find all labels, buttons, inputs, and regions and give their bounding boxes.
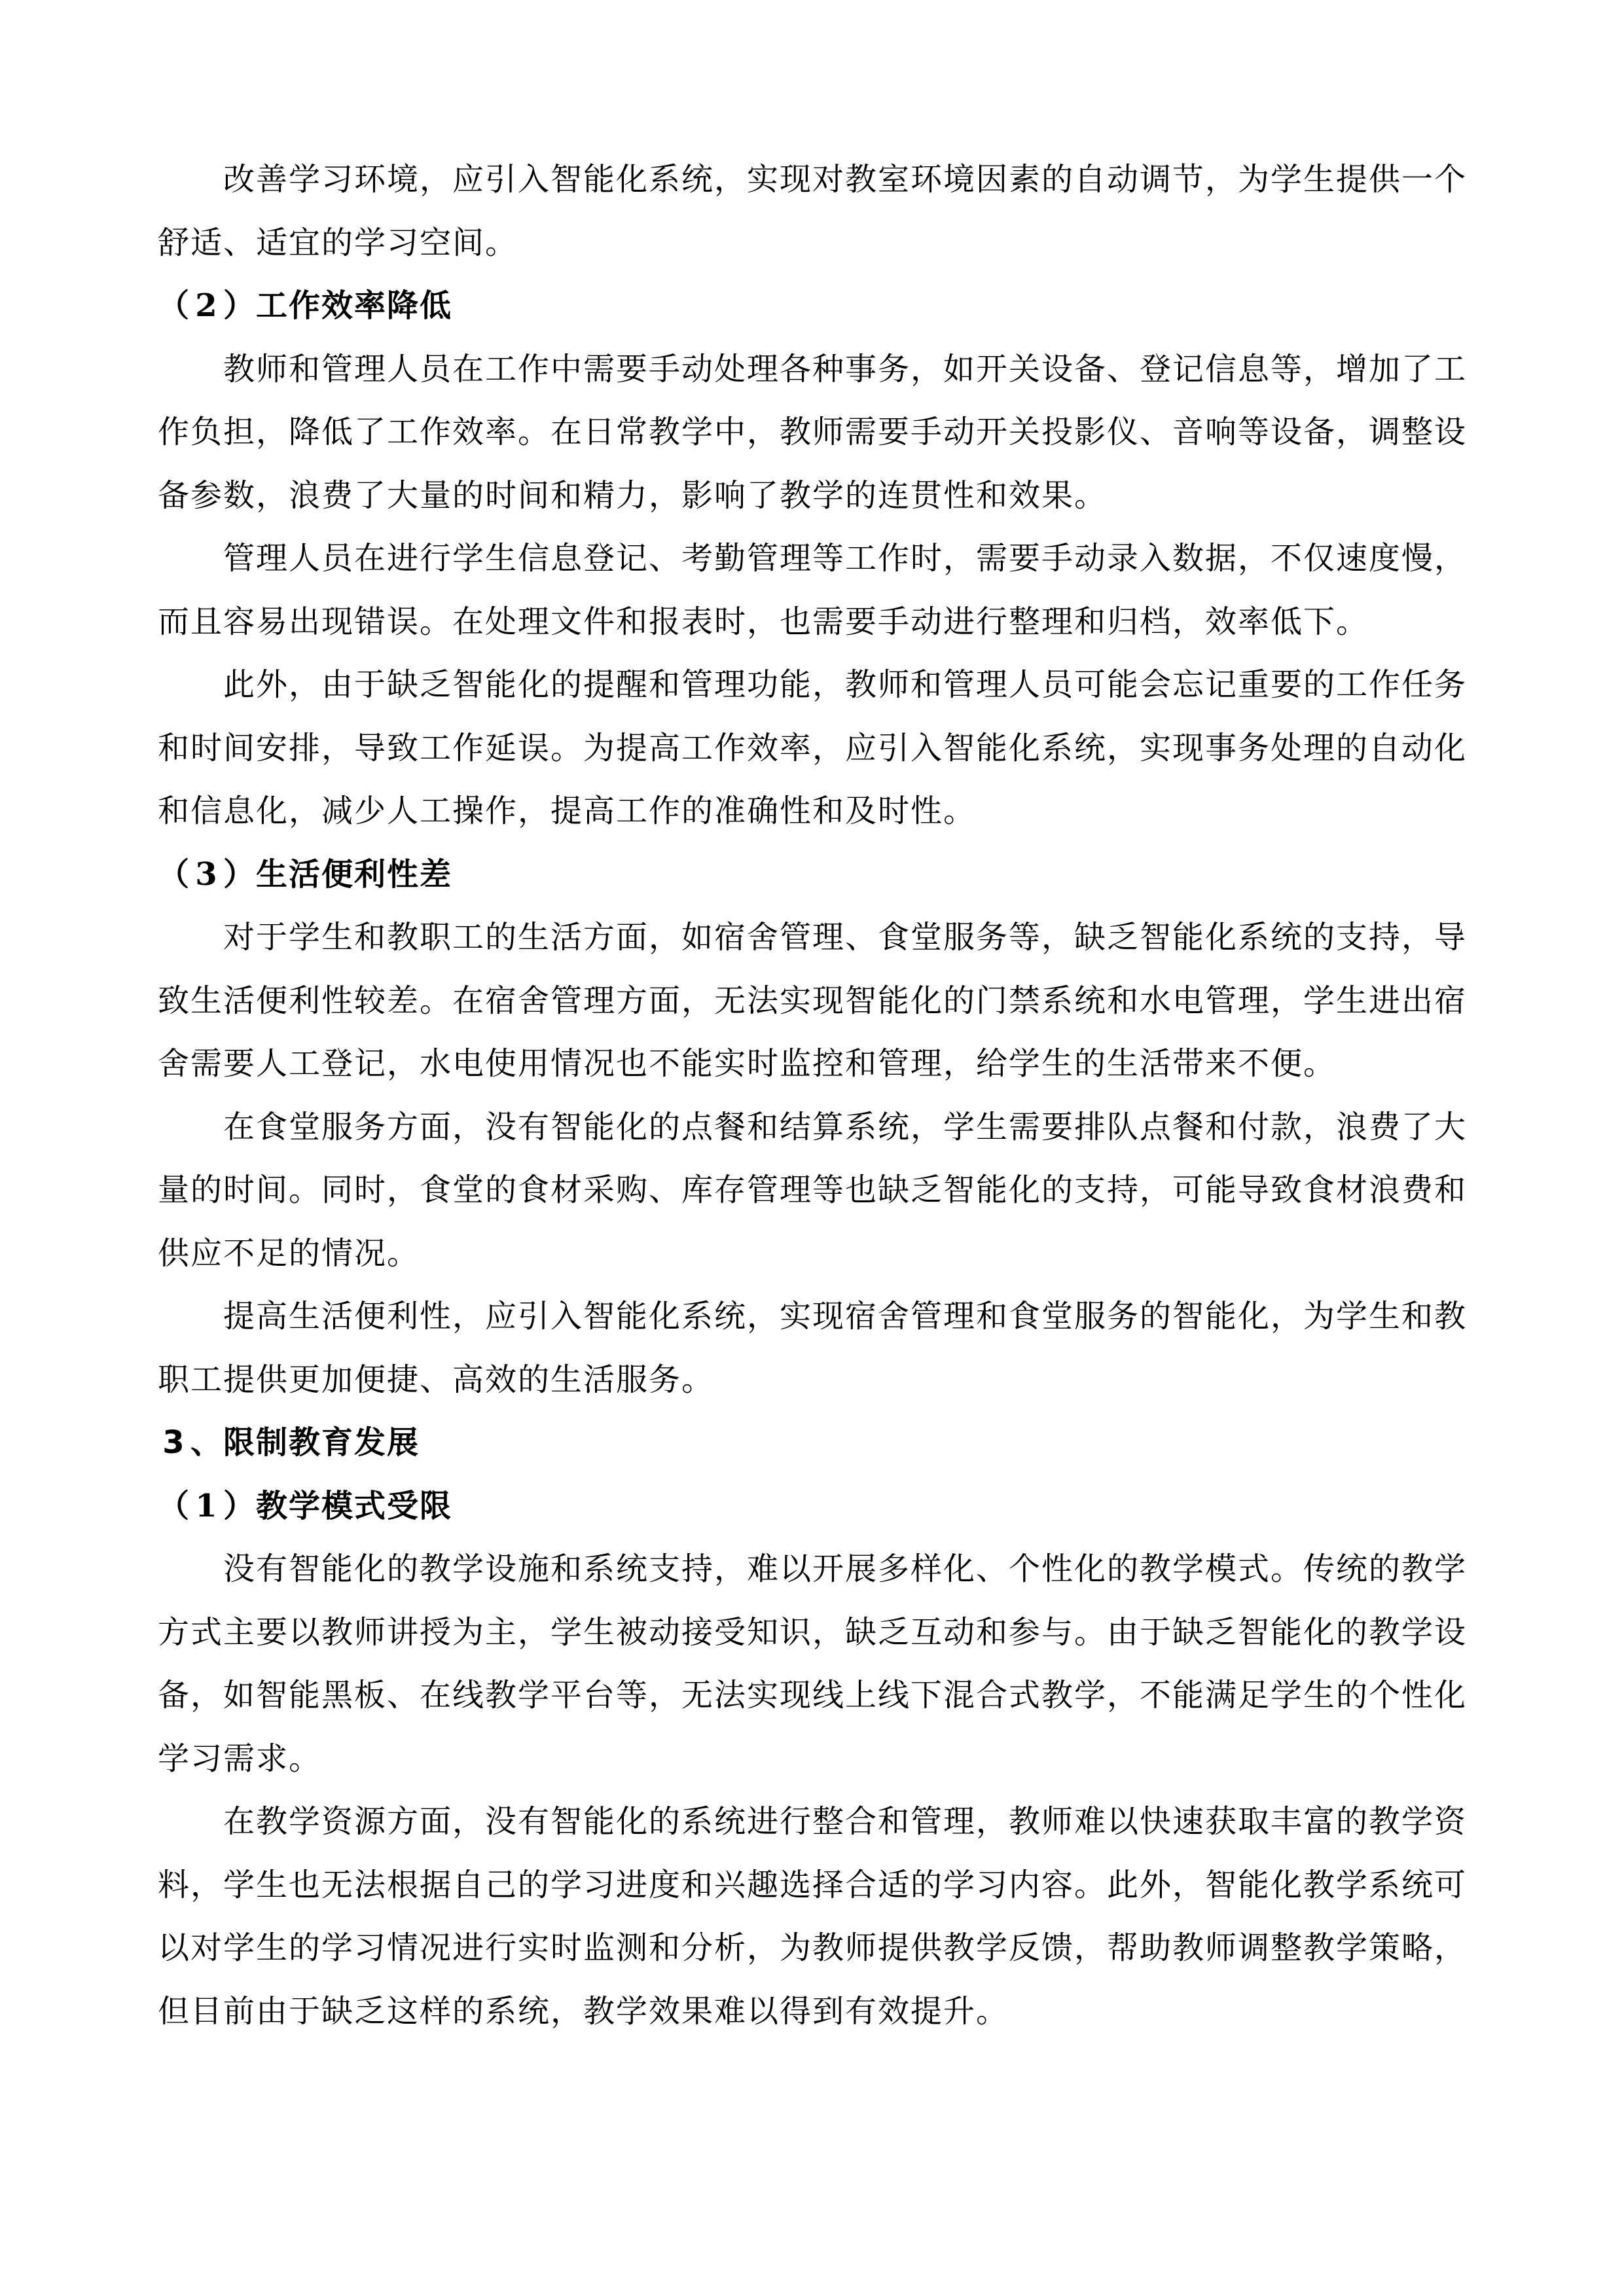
paragraph-line: 作负担，降低了工作效率。在日常教学中，教师需要手动开关投影仪、音响等设备，调整设 — [157, 408, 1466, 472]
paragraph-line: 致生活便利性较差。在宿舍管理方面，无法实现智能化的门禁系统和水电管理，学生进出宿 — [157, 977, 1466, 1041]
subheading-work-efficiency: （2）工作效率降低 — [157, 282, 1466, 346]
paragraph-manual-tasks: 教师和管理人员在工作中需要手动处理各种事务，如开关设备、登记信息等，增加了工 作… — [157, 346, 1466, 535]
paragraph-line: 方式主要以教师讲授为主，学生被动接受知识，缺乏互动和参与。由于缺乏智能化的教学设 — [157, 1609, 1466, 1672]
paragraph-admin-data-entry: 管理人员在进行学生信息登记、考勤管理等工作时，需要手动录入数据，不仅速度慢， 而… — [157, 535, 1466, 661]
paragraph-line: 量的时间。同时，食堂的食材采购、库存管理等也缺乏智能化的支持，可能导致食材浪费和 — [157, 1166, 1466, 1230]
paragraph-line: 管理人员在进行学生信息登记、考勤管理等工作时，需要手动录入数据，不仅速度慢， — [157, 535, 1466, 598]
paragraph-dormitory: 对于学生和教职工的生活方面，如宿舍管理、食堂服务等，缺乏智能化系统的支持，导 致… — [157, 914, 1466, 1103]
paragraph-canteen: 在食堂服务方面，没有智能化的点餐和结算系统，学生需要排队点餐和付款，浪费了大 量… — [157, 1103, 1466, 1293]
paragraph-line: 职工提供更加便捷、高效的生活服务。 — [157, 1356, 1466, 1420]
subheading-life-convenience: （3）生活便利性差 — [157, 851, 1466, 914]
paragraph-line: 备，如智能黑板、在线教学平台等，无法实现线上线下混合式教学，不能满足学生的个性化 — [157, 1672, 1466, 1735]
document-page: 改善学习环境，应引入智能化系统，实现对教室环境因素的自动调节，为学生提供一个 舒… — [157, 156, 1466, 2051]
paragraph-line: 和时间安排，导致工作延误。为提高工作效率，应引入智能化系统，实现事务处理的自动化 — [157, 725, 1466, 788]
paragraph-teaching-facilities: 没有智能化的教学设施和系统支持，难以开展多样化、个性化的教学模式。传统的教学 方… — [157, 1545, 1466, 1798]
paragraph-classroom-environment: 改善学习环境，应引入智能化系统，实现对教室环境因素的自动调节，为学生提供一个 舒… — [157, 156, 1466, 282]
paragraph-line: 和信息化，减少人工操作，提高工作的准确性和及时性。 — [157, 787, 1466, 851]
paragraph-line: 对于学生和教职工的生活方面，如宿舍管理、食堂服务等，缺乏智能化系统的支持，导 — [157, 914, 1466, 977]
paragraph-line: 教师和管理人员在工作中需要手动处理各种事务，如开关设备、登记信息等，增加了工 — [157, 346, 1466, 409]
paragraph-line: 舒适、适宜的学习空间。 — [157, 219, 1466, 283]
paragraph-line: 在教学资源方面，没有智能化的系统进行整合和管理，教师难以快速获取丰富的教学资 — [157, 1798, 1466, 1861]
paragraph-line: 以对学生的学习情况进行实时监测和分析，为教师提供教学反馈，帮助教师调整教学策略， — [157, 1924, 1466, 1988]
paragraph-line: 学习需求。 — [157, 1735, 1466, 1799]
paragraph-line: 此外，由于缺乏智能化的提醒和管理功能，教师和管理人员可能会忘记重要的工作任务 — [157, 661, 1466, 725]
paragraph-line: 料，学生也无法根据自己的学习进度和兴趣选择合适的学习内容。此外，智能化教学系统可 — [157, 1861, 1466, 1925]
paragraph-improve-convenience: 提高生活便利性，应引入智能化系统，实现宿舍管理和食堂服务的智能化，为学生和教 职… — [157, 1293, 1466, 1419]
paragraph-line: 提高生活便利性，应引入智能化系统，实现宿舍管理和食堂服务的智能化，为学生和教 — [157, 1293, 1466, 1356]
subheading-teaching-mode: （1）教学模式受限 — [157, 1482, 1466, 1546]
paragraph-teaching-resources: 在教学资源方面，没有智能化的系统进行整合和管理，教师难以快速获取丰富的教学资 料… — [157, 1798, 1466, 2051]
paragraph-line: 舍需要人工登记，水电使用情况也不能实时监控和管理，给学生的生活带来不便。 — [157, 1040, 1466, 1103]
paragraph-line: 备参数，浪费了大量的时间和精力，影响了教学的连贯性和效果。 — [157, 472, 1466, 535]
paragraph-line: 但目前由于缺乏这样的系统，教学效果难以得到有效提升。 — [157, 1988, 1466, 2051]
paragraph-line: 而且容易出现错误。在处理文件和报表时，也需要手动进行整理和归档，效率低下。 — [157, 598, 1466, 662]
paragraph-line: 在食堂服务方面，没有智能化的点餐和结算系统，学生需要排队点餐和付款，浪费了大 — [157, 1103, 1466, 1167]
paragraph-line: 供应不足的情况。 — [157, 1230, 1466, 1293]
paragraph-reminders: 此外，由于缺乏智能化的提醒和管理功能，教师和管理人员可能会忘记重要的工作任务 和… — [157, 661, 1466, 851]
paragraph-line: 改善学习环境，应引入智能化系统，实现对教室环境因素的自动调节，为学生提供一个 — [157, 156, 1466, 219]
paragraph-line: 没有智能化的教学设施和系统支持，难以开展多样化、个性化的教学模式。传统的教学 — [157, 1545, 1466, 1609]
heading-limit-education: 3、限制教育发展 — [157, 1419, 1466, 1482]
